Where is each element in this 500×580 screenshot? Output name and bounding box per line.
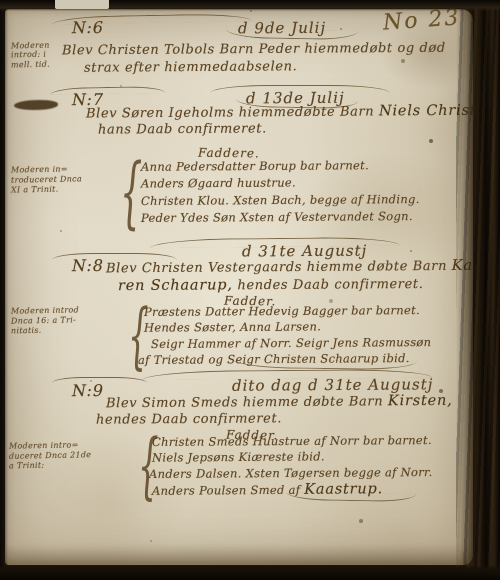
page-bottom-shadow: [4, 545, 474, 567]
book-binding-edge: [456, 0, 500, 580]
godparent-entry: Anna Pedersdatter Borup bar barnet.: [141, 158, 369, 174]
margin-note: nitatis.: [11, 326, 42, 336]
record-body: ren Schaarup, hendes Daab confirmeret.: [118, 276, 424, 294]
margin-note: XI a Trinit.: [11, 185, 59, 195]
body-text: Blev Christen Vestergaards hiemme døbte …: [106, 259, 452, 276]
record-body: Blev Søren Igeholms hiemmedøbte Barn Nie…: [86, 103, 500, 122]
godparent-entry: Anders Dalsen. Xsten Tøgersen begge af N…: [149, 465, 433, 481]
page-tab-notch: [55, 0, 109, 9]
scan-edge-left: [0, 0, 8, 580]
child-name: Kirsten,: [388, 393, 453, 409]
child-name: ren Schaarup,: [118, 277, 233, 294]
record-body: Blev Christen Tolbols Barn Peder hiemmed…: [62, 41, 446, 59]
record-number: N:6: [72, 18, 104, 37]
flourish-line: [52, 253, 177, 260]
godparent-entry: Hendes Søster, Anna Larsen.: [144, 319, 321, 334]
godparent-entry: Anders Øgaard huustrue.: [141, 175, 296, 190]
godparent-entry: Christen Smeds Huustrue af Norr bar barn…: [152, 433, 432, 449]
margin-note: duceret Dnca 21de: [9, 450, 91, 461]
record-body: Blev Christen Vestergaards hiemme døbte …: [106, 258, 486, 277]
margin-note: a Trinit:: [9, 461, 45, 471]
godparent-entry: Christen Klou. Xsten Bach, begge af Hind…: [141, 192, 420, 208]
margin-note: troduceret Dnca: [11, 174, 82, 184]
record-number: N:9: [72, 381, 104, 400]
body-text: Blev Simon Smeds hiemme døbte Barn: [106, 394, 388, 411]
scan-edge-bottom: [0, 565, 500, 580]
godparent-entry: Niels Jepsøns Kiæreste ibid.: [152, 449, 325, 464]
margin-note: mell. tid.: [11, 60, 50, 70]
record-body: hans Daab confirmeret.: [98, 121, 267, 137]
body-text: Anders Poulsen Smed af: [152, 483, 304, 498]
margin-note: Dnca 16: a Tri-: [11, 315, 76, 325]
record-body: hendes Daab confirmeret.: [96, 411, 282, 427]
godparent-entry: Peder Ydes Søn Xsten af Vestervandet Sog…: [141, 209, 413, 225]
record-date: dito dag d 31te Augustj: [232, 375, 434, 394]
record-body: strax efter hiemmedaabselen.: [84, 59, 297, 75]
body-text: hendes Daab confirmeret.: [233, 277, 424, 293]
record-body: Blev Simon Smeds hiemme døbte Barn Kirst…: [106, 393, 453, 411]
margin-note: Moderen introd: [11, 305, 79, 315]
record-date: d 31te Augustj: [242, 242, 367, 261]
record-number: N:8: [72, 256, 104, 275]
margin-note: Moderen in=: [11, 164, 68, 174]
body-text: Blev Søren Igeholms hiemmedøbte Barn: [86, 104, 379, 121]
godparent-entry: Præstens Datter Hedevig Bagger bar barne…: [144, 303, 420, 319]
godparent-entry: Seigr Hammer af Norr. Seigr Jens Rasmuss…: [151, 335, 431, 351]
margin-note: Moderen intro=: [9, 440, 79, 450]
manuscript-scan: N:6 d 9de Julij No 23 Moderen introd: i …: [0, 0, 500, 580]
list-brace: {: [120, 157, 142, 229]
margin-note: introd: i: [11, 50, 46, 60]
